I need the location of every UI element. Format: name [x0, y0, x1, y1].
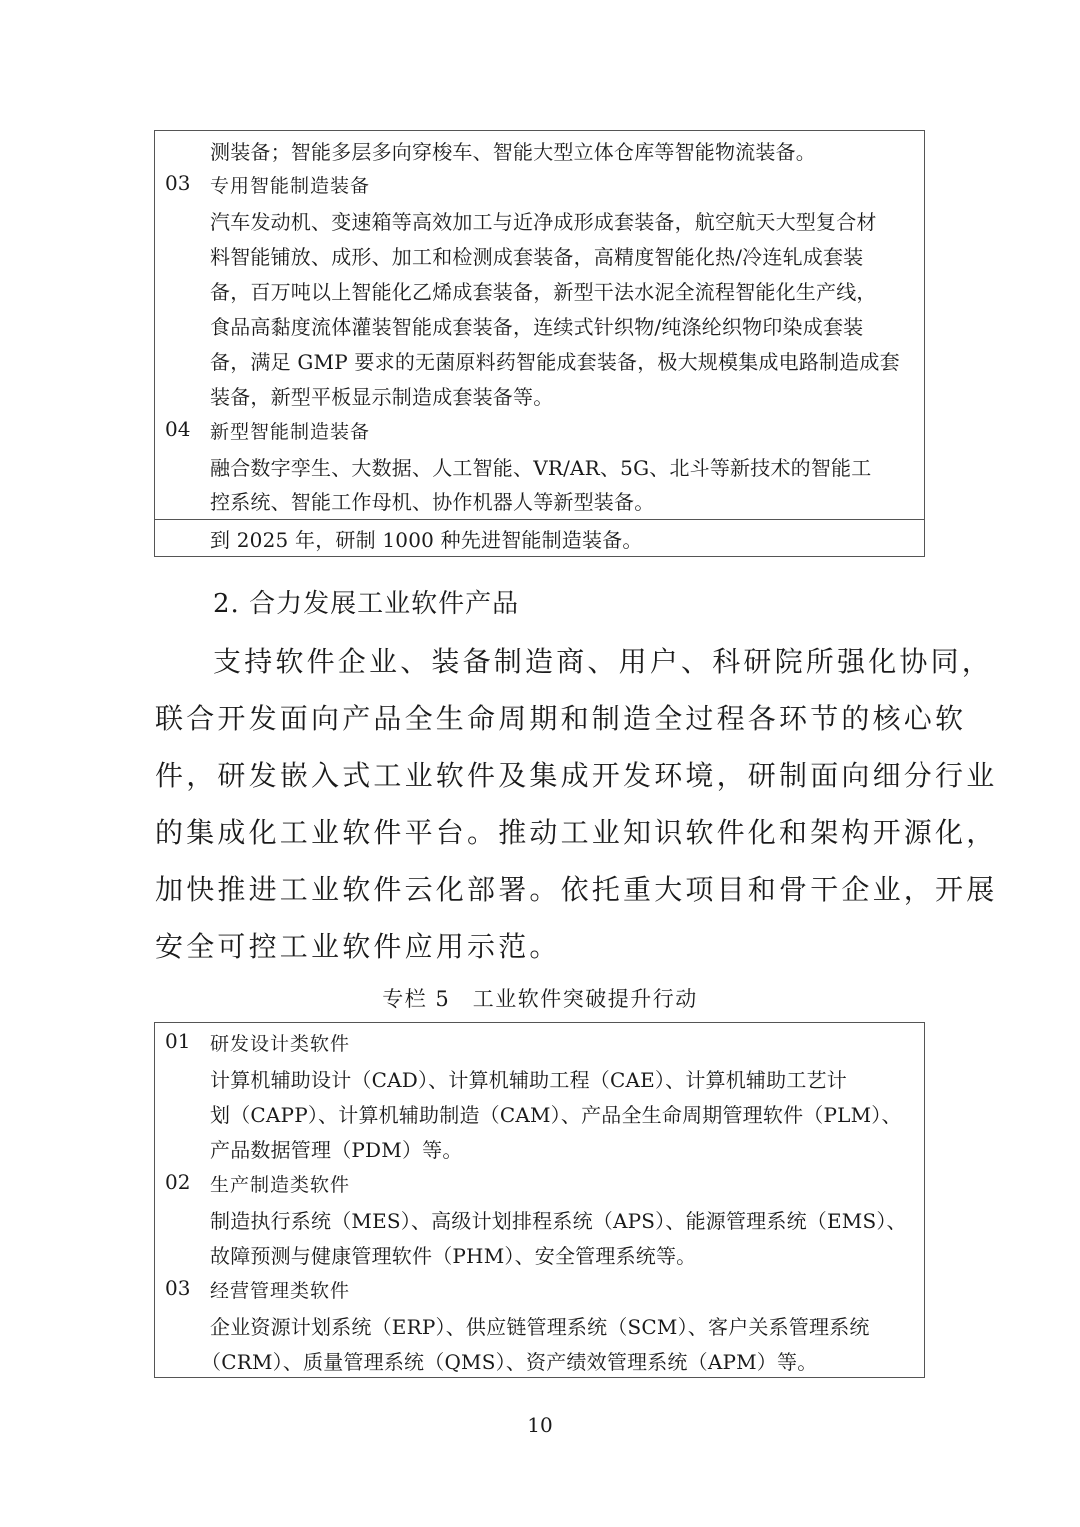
item-number: 01 [165, 1029, 190, 1053]
paragraph-line: 联合开发面向产品全生命周期和制造全过程各环节的核心软 [155, 697, 966, 737]
box-text-line: （CRM）、质量管理系统（QMS）、资产绩效管理系统（APM）等。 [201, 1346, 817, 1375]
paragraph-line: 件，研发嵌入式工业软件及集成开发环境，研制面向细分行业 [155, 754, 997, 794]
box-text-line: 汽车发动机、变速箱等高效加工与近净成形成套装备，航空航天大型复合材 [210, 206, 877, 235]
box-caption: 专栏 5 工业软件突破提升行动 [0, 983, 1080, 1013]
item-number: 03 [165, 171, 190, 195]
box-text-line: 融合数字孪生、大数据、人工智能、VR/AR、5G、北斗等新技术的智能工 [210, 452, 871, 481]
box-text-line: 备，百万吨以上智能化乙烯成套装备，新型干法水泥全流程智能化生产线， [210, 276, 877, 305]
paragraph-line: 加快推进工业软件云化部署。依托重大项目和骨干企业，开展 [155, 868, 997, 908]
box-text-line: 产品数据管理（PDM）等。 [210, 1134, 463, 1163]
feature-box-5: 01 研发设计类软件 计算机辅助设计（CAD）、计算机辅助工程（CAE）、计算机… [154, 1022, 925, 1378]
item-number: 02 [165, 1170, 190, 1194]
paragraph-line: 的集成化工业软件平台。推动工业知识软件化和架构开源化， [155, 811, 997, 851]
box-target-text: 到 2025 年，研制 1000 种先进智能制造装备。 [210, 524, 643, 553]
box-text-line: 控系统、智能工作母机、协作机器人等新型装备。 [210, 486, 654, 515]
feature-box-4-continued: 测装备；智能多层多向穿梭车、智能大型立体仓库等智能物流装备。 03 专用智能制造… [154, 130, 925, 557]
page-number: 10 [0, 1413, 1080, 1437]
section-heading: 2. 合力发展工业软件产品 [213, 583, 519, 620]
box-text-line: 食品高黏度流体灌装智能成套装备，连续式针织物/纯涤纶织物印染成套装 [210, 311, 863, 340]
box-text-line: 测装备；智能多层多向穿梭车、智能大型立体仓库等智能物流装备。 [210, 136, 816, 165]
box-text-line: 划（CAPP）、计算机辅助制造（CAM）、产品全生命周期管理软件（PLM）、 [210, 1099, 902, 1128]
paragraph-line: 支持软件企业、装备制造商、用户、科研院所强化协同， [213, 640, 993, 680]
box-text-line: 料智能铺放、成形、加工和检测成套装备，高精度智能化热/冷连轧成套装 [210, 241, 863, 270]
box-text-line: 备，满足 GMP 要求的无菌原料药智能成套装备，极大规模集成电路制造成套 [210, 346, 900, 375]
box-text-line: 计算机辅助设计（CAD）、计算机辅助工程（CAE）、计算机辅助工艺计 [210, 1064, 847, 1093]
item-heading: 生产制造类软件 [210, 1170, 350, 1197]
box-text-line: 制造执行系统（MES）、高级计划排程系统（APS）、能源管理系统（EMS）、 [210, 1205, 907, 1234]
item-number: 03 [165, 1276, 190, 1300]
paragraph-line: 安全可控工业软件应用示范。 [155, 925, 561, 965]
box-text-line: 企业资源计划系统（ERP）、供应链管理系统（SCM）、客户关系管理系统 [210, 1311, 870, 1340]
item-number: 04 [165, 417, 190, 441]
box-text-line: 故障预测与健康管理软件（PHM）、安全管理系统等。 [210, 1240, 696, 1269]
item-heading: 专用智能制造装备 [210, 171, 370, 198]
item-heading: 研发设计类软件 [210, 1029, 350, 1056]
box-divider [155, 519, 924, 520]
item-heading: 经营管理类软件 [210, 1276, 350, 1303]
box-text-line: 装备，新型平板显示制造成套装备等。 [210, 381, 553, 410]
item-heading: 新型智能制造装备 [210, 417, 370, 444]
